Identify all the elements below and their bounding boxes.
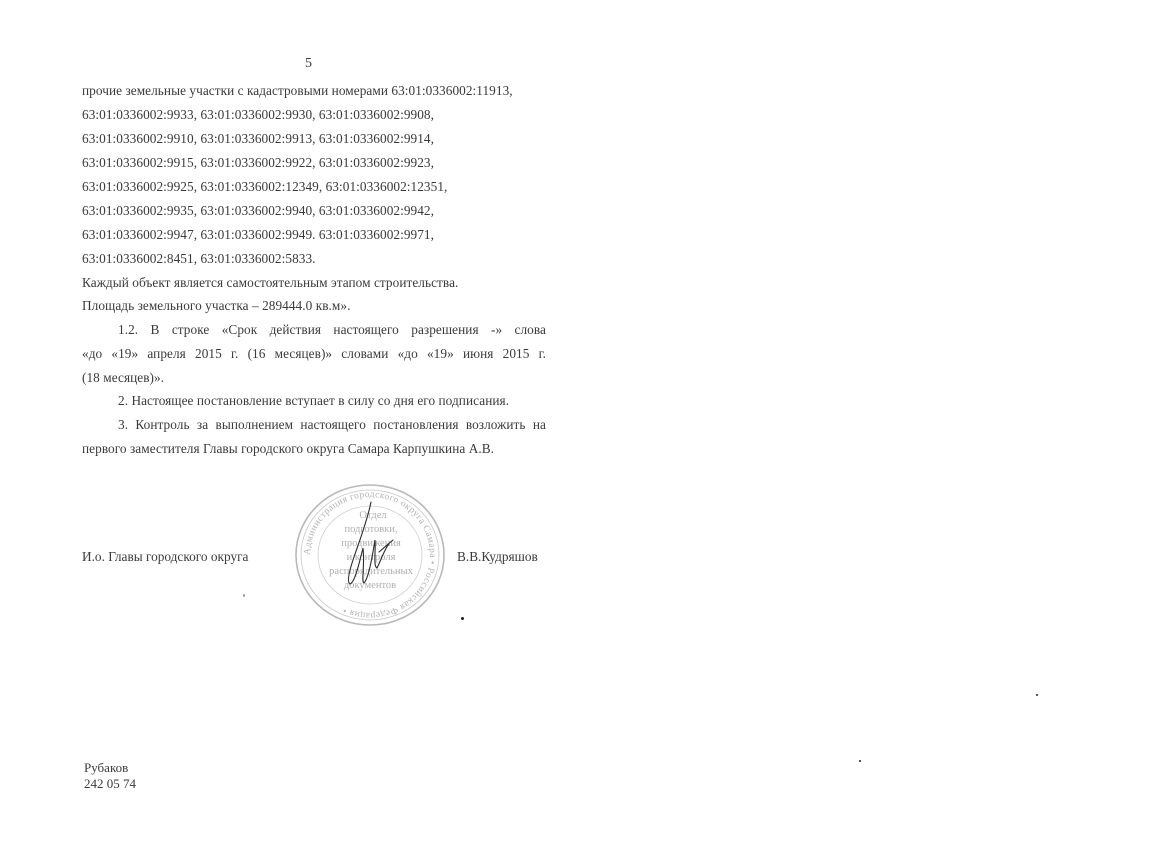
body-line: 63:01:0336002:9910, 63:01:0336002:9913, …	[82, 131, 434, 147]
stamp-line: Отдел	[359, 510, 386, 521]
executor-phone: 242 05 74	[84, 776, 136, 792]
body-line: 63:01:0336002:8451, 63:01:0336002:5833.	[82, 251, 316, 267]
scan-speck	[859, 760, 861, 762]
body-line: «до «19» апреля 2015 г. (16 месяцев)» сл…	[82, 346, 546, 362]
scan-speck	[243, 594, 245, 597]
body-line: Площадь земельного участка – 289444.0 кв…	[82, 298, 350, 314]
body-line: 63:01:0336002:9935, 63:01:0336002:9940, …	[82, 203, 434, 219]
page-number: 5	[305, 56, 312, 72]
executor-name: Рубаков	[84, 760, 136, 776]
body-line: прочие земельные участки с кадастровыми …	[82, 83, 513, 99]
executor-block: Рубаков 242 05 74	[84, 760, 136, 792]
scan-speck	[461, 617, 464, 620]
body-line: 2. Настоящее постановление вступает в си…	[118, 393, 509, 409]
body-line: 3. Контроль за выполнением настоящего по…	[82, 417, 546, 433]
body-line: Каждый объект является самостоятельным э…	[82, 275, 458, 291]
body-line: 63:01:0336002:9933, 63:01:0336002:9930, …	[82, 107, 434, 123]
body-line: 63:01:0336002:9947, 63:01:0336002:9949. …	[82, 227, 434, 243]
stamp-line: распорядительных	[329, 566, 413, 577]
body-line: (18 месяцев)».	[82, 370, 164, 386]
signatory-title: И.о. Главы городского округа	[82, 549, 248, 565]
stamp-line: документов	[344, 580, 396, 591]
stamp-line: продвижения	[341, 538, 401, 549]
body-line: 63:01:0336002:9915, 63:01:0336002:9922, …	[82, 155, 434, 171]
body-line: 1.2. В строке «Срок действия настоящего …	[82, 322, 546, 338]
signatory-name: В.В.Кудряшов	[457, 549, 538, 565]
stamp-line: подготовки,	[344, 524, 397, 535]
body-line: первого заместителя Главы городского окр…	[82, 441, 494, 457]
body-line: 63:01:0336002:9925, 63:01:0336002:12349,…	[82, 179, 447, 195]
scan-speck	[1036, 694, 1038, 696]
official-stamp: Администрация городского округа Самара •…	[293, 482, 447, 628]
